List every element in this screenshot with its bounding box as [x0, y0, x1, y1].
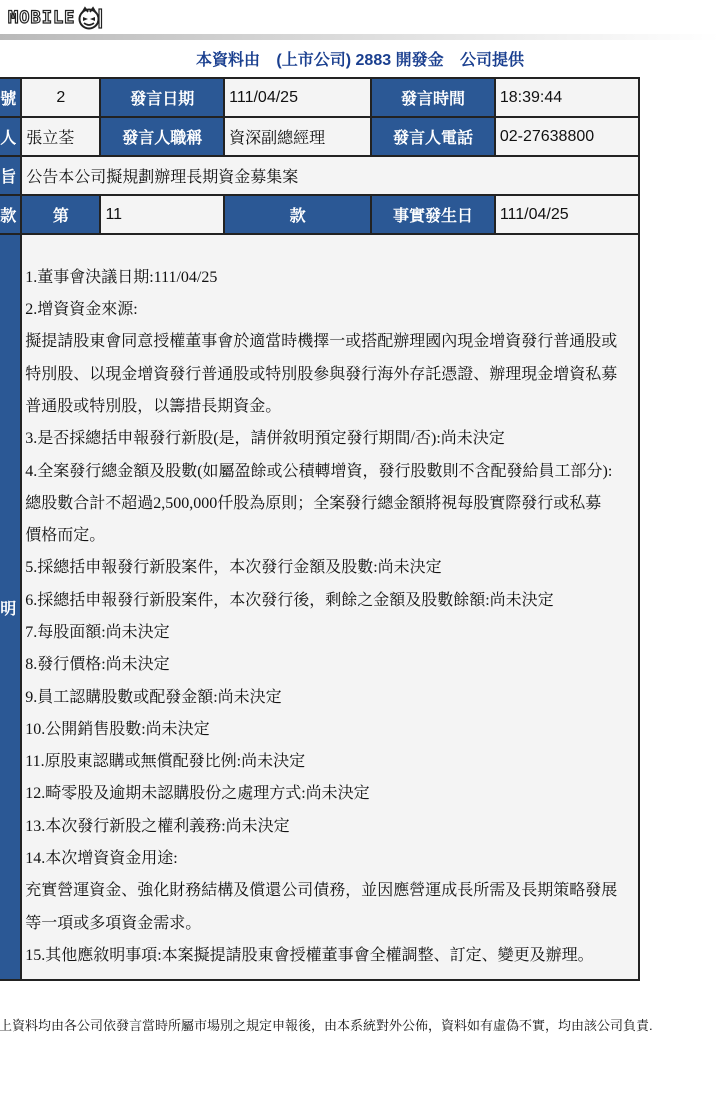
clause-suffix: 款 [224, 195, 371, 234]
description-line: 10.公開銷售股數:尚未決定 [25, 714, 636, 746]
description-line: 8.發行價格:尚未決定 [25, 649, 636, 681]
provider-company: (上市公司) 2883 開發金 [276, 52, 443, 69]
serial-label: 序號 [0, 78, 21, 117]
clause-prefix: 第 [21, 195, 100, 234]
description-line: 4.全案發行總金額及股數(如屬盈餘或公積轉增資，發行股數則不含配發給員工部分): [25, 456, 636, 488]
mobile01-face-icon [77, 5, 103, 31]
table-row-description: 說明 1.董事會決議日期:111/04/25 2.增資資金來源: 擬提請股東會同… [0, 234, 639, 980]
description-line: 充實營運資金、強化財務結構及償還公司債務，並因應營運成長所需及長期策略發展 [25, 875, 636, 907]
logo-text: MOBILE [8, 8, 75, 28]
time-value: 18:39:44 [495, 78, 639, 117]
description-line: 15.其他應敘明事項:本案擬提請股東會授權董事會全權調整、訂定、變更及辦理。 [25, 940, 636, 972]
table-row-subject: 主旨 公告本公司擬規劃辦理長期資金募集案 [0, 156, 639, 195]
serial-value: 2 [21, 78, 100, 117]
site-logo[interactable]: MOBILE [8, 5, 103, 31]
description-line: 5.採總括申報發行新股案件，本次發行金額及股數:尚未決定 [25, 552, 636, 584]
description-line: 14.本次增資資金用途: [25, 843, 636, 875]
fact-date-value: 111/04/25 [495, 195, 639, 234]
provider-prefix: 本資料由 [196, 52, 260, 69]
description-label: 說明 [0, 234, 21, 980]
table-row-clause: 符合條款 第 11 款 事實發生日 111/04/25 [0, 195, 639, 234]
clause-label: 符合條款 [0, 195, 21, 234]
disclaimer-footer: 以上資料均由各公司依發言當時所屬市場別之規定申報後，由本系統對外公佈，資料如有虛… [0, 1015, 653, 1034]
date-value: 111/04/25 [224, 78, 371, 117]
description-line: 等一項或多項資金需求。 [25, 908, 636, 940]
subject-value: 公告本公司擬規劃辦理長期資金募集案 [21, 156, 639, 195]
table-row-spokesperson: 發言人 張立荃 發言人職稱 資深副總經理 發言人電話 02-27638800 [0, 117, 639, 156]
description-body: 1.董事會決議日期:111/04/25 2.增資資金來源: 擬提請股東會同意授權… [21, 234, 639, 980]
site-header: MOBILE [0, 0, 720, 34]
subject-label: 主旨 [0, 156, 21, 195]
description-line: 2.增資資金來源: [25, 294, 636, 326]
description-line: 7.每股面額:尚未決定 [25, 617, 636, 649]
description-line: 普通股或特別股，以籌措長期資金。 [25, 391, 636, 423]
spokesperson-value: 張立荃 [21, 117, 100, 156]
title-value: 資深副總經理 [224, 117, 371, 156]
description-line: 擬提請股東會同意授權董事會於適當時機擇一或搭配辦理國內現金增資發行普通股或 [25, 326, 636, 358]
fact-date-label: 事實發生日 [371, 195, 495, 234]
time-label: 發言時間 [371, 78, 495, 117]
date-label: 發言日期 [100, 78, 224, 117]
description-line: 總股數合計不超過2,500,000仟股為原則；全案發行總金額將視每股實際發行或私… [25, 488, 636, 520]
header-divider [0, 34, 720, 40]
provider-suffix: 公司提供 [460, 52, 524, 69]
spokesperson-label: 發言人 [0, 117, 21, 156]
table-row-serial: 序號 2 發言日期 111/04/25 發言時間 18:39:44 [0, 78, 639, 117]
phone-value: 02-27638800 [495, 117, 639, 156]
description-line: 價格而定。 [25, 520, 636, 552]
description-line: 6.採總括申報發行新股案件，本次發行後，剩餘之金額及股數餘額:尚未決定 [25, 585, 636, 617]
phone-label: 發言人電話 [371, 117, 495, 156]
description-line: 1.董事會決議日期:111/04/25 [25, 262, 636, 294]
description-line: 9.員工認購股數或配發金額:尚未決定 [25, 682, 636, 714]
description-line: 13.本次發行新股之權利義務:尚未決定 [25, 811, 636, 843]
announcement-table: 序號 2 發言日期 111/04/25 發言時間 18:39:44 發言人 張立… [0, 77, 640, 981]
clause-number: 11 [100, 195, 224, 234]
description-line: 12.畸零股及逾期未認購股份之處理方式:尚未決定 [25, 778, 636, 810]
title-label: 發言人職稱 [100, 117, 224, 156]
description-line: 3.是否採總括申報發行新股(是，請併敘明預定發行期間/否):尚未決定 [25, 423, 636, 455]
description-line: 11.原股東認購或無償配發比例:尚未決定 [25, 746, 636, 778]
description-line: 特別股、以現金增資發行普通股或特別股參與發行海外存託憑證、辦理現金增資私募 [25, 359, 636, 391]
provider-line: 本資料由 (上市公司) 2883 開發金 公司提供 [0, 47, 720, 70]
